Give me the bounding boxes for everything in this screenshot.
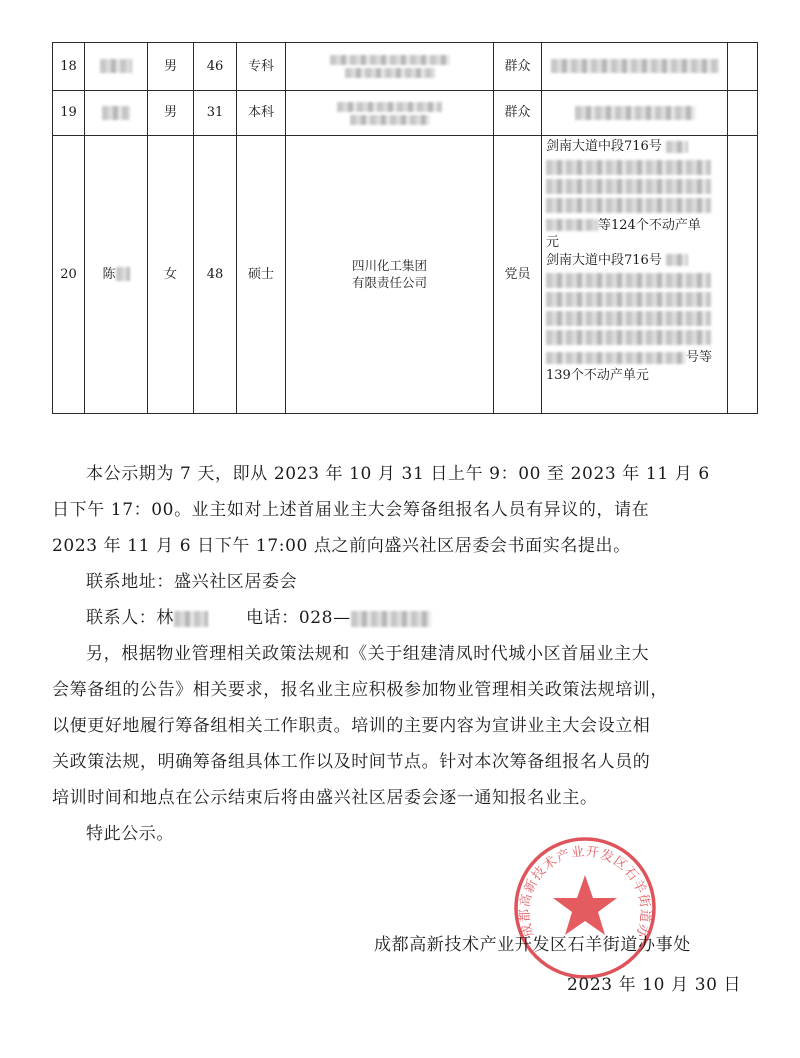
redacted-address [546, 198, 711, 213]
contact-person: 联系人：林 电话：028— [52, 600, 742, 636]
employer-line: 有限责任公司 [286, 275, 493, 292]
name-cell [85, 91, 148, 136]
official-seal-icon: 成都高新技术产业开发区石羊街道办事处 [512, 835, 658, 981]
gender-cell: 女 [148, 136, 194, 414]
row-number: 18 [53, 43, 85, 91]
training-paragraph-line: 以便更好地履行筹备组相关工作职责。培训的主要内容为宣讲业主大会设立相 [52, 708, 742, 744]
training-paragraph-line: 另，根据物业管理相关政策法规和《关于组建清凤时代城小区首届业主大 [52, 636, 742, 672]
education-cell: 本科 [237, 91, 286, 136]
redacted-name [100, 59, 132, 73]
education-cell: 硕士 [237, 136, 286, 414]
redacted-address [546, 352, 686, 364]
table-row: 19 男 31 本科 群众 [53, 91, 758, 136]
notice-period-line: 本公示期为 7 天，即从 2023 年 10 月 31 日上午 9：00 至 2… [52, 456, 742, 492]
notice-period-line: 日下午 17：00。业主如对上述首届业主大会筹备组报名人员有异议的，请在 [52, 492, 742, 528]
age-cell: 46 [194, 43, 237, 91]
issue-date: 2023 年 10 月 30 日 [567, 970, 741, 995]
table-row: 20 陈 女 48 硕士 四川化工集团 有限责任公司 党员 剑南大道中段716号… [53, 136, 758, 414]
notice-body: 本公示期为 7 天，即从 2023 年 10 月 31 日上午 9：00 至 2… [52, 456, 742, 852]
redacted-contact-name [174, 611, 208, 627]
political-status-cell: 群众 [494, 43, 542, 91]
property-line: 元 [546, 234, 723, 252]
redacted-address [546, 292, 711, 307]
redacted-employer [350, 115, 430, 125]
redacted-employer [337, 102, 442, 112]
redacted-name [116, 267, 130, 281]
redacted-address [546, 330, 711, 345]
redacted-name [102, 106, 130, 120]
remarks-cell [728, 91, 758, 136]
gender-cell: 男 [148, 43, 194, 91]
redacted-address [546, 273, 711, 288]
applicant-table: 18 男 46 专科 群众 19 男 31 本科 群众 20 陈 女 48 硕士… [52, 42, 758, 414]
political-status-cell: 群众 [494, 91, 542, 136]
contact-address: 联系地址：盛兴社区居委会 [52, 564, 742, 600]
age-cell: 31 [194, 91, 237, 136]
remarks-cell [728, 136, 758, 414]
redacted-employer [330, 55, 450, 65]
redacted-employer [345, 68, 435, 78]
redacted-address [546, 311, 711, 326]
employer-cell [286, 91, 494, 136]
property-cell [542, 91, 728, 136]
name-cell [85, 43, 148, 91]
table-row: 18 男 46 专科 群众 [53, 43, 758, 91]
redacted-address [546, 160, 711, 175]
property-line: 剑南大道中段716号 [546, 138, 723, 156]
employer-line: 四川化工集团 [286, 258, 493, 275]
redacted-phone [351, 611, 431, 627]
contact-phone: 电话：028— [246, 608, 351, 628]
redacted-property [551, 59, 719, 73]
property-line: 等124个不动产单 [546, 217, 723, 235]
political-status-cell: 党员 [494, 136, 542, 414]
row-number: 19 [53, 91, 85, 136]
employer-cell [286, 43, 494, 91]
notice-period-line: 2023 年 11 月 6 日下午 17:00 点之前向盛兴社区居委会书面实名提… [52, 528, 742, 564]
property-cell [542, 43, 728, 91]
star-icon [553, 875, 617, 935]
redacted-address [546, 219, 598, 231]
name-cell: 陈 [85, 136, 148, 414]
redacted-address [666, 254, 688, 266]
age-cell: 48 [194, 136, 237, 414]
name-visible: 陈 [102, 267, 115, 282]
property-line: 剑南大道中段716号 [546, 252, 723, 270]
property-line: 号等 [546, 349, 723, 367]
education-cell: 专科 [237, 43, 286, 91]
issuer-name: 成都高新技术产业开发区石羊街道办事处 [374, 930, 691, 955]
redacted-address [666, 141, 688, 153]
gender-cell: 男 [148, 91, 194, 136]
property-line: 139个不动产单元 [546, 367, 723, 385]
redacted-address [546, 179, 711, 194]
redacted-property [575, 106, 695, 120]
property-cell: 剑南大道中段716号 等124个不动产单 元 剑南大道中段716号 号等 139… [542, 136, 728, 414]
training-paragraph-line: 会筹备组的公告》相关要求，报名业主应积极参加物业管理相关政策法规培训， [52, 672, 742, 708]
remarks-cell [728, 43, 758, 91]
training-paragraph-line: 培训时间和地点在公示结束后将由盛兴社区居委会逐一通知报名业主。 [52, 780, 742, 816]
row-number: 20 [53, 136, 85, 414]
employer-cell: 四川化工集团 有限责任公司 [286, 136, 494, 414]
training-paragraph-line: 关政策法规，明确筹备组具体工作以及时间节点。针对本次筹备组报名人员的 [52, 744, 742, 780]
